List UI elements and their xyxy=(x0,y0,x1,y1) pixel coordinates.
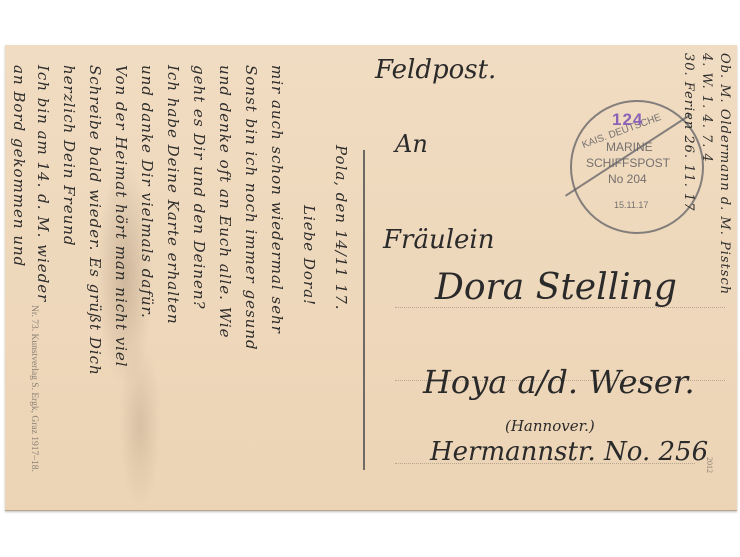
publisher-imprint: Nr. 73. Kunstverlag S. Ergk, Graz 1917–1… xyxy=(29,305,39,472)
message-dateline: Pola, den 14/11 17. xyxy=(333,145,348,311)
recipient-name: Dora Stelling xyxy=(435,267,677,308)
stamp-purple-number: 124 xyxy=(612,110,643,130)
sender-note-line: Ob. M. Oldermann d. M. Pistsch xyxy=(717,53,732,295)
to-label: An xyxy=(395,130,428,158)
message-line: mir auch schon wiedermal sehr xyxy=(269,65,284,334)
recipient-salutation: Fräulein xyxy=(383,225,494,255)
message-line: an Bord gekommen und xyxy=(11,65,26,267)
recipient-street: Hermannstr. No. 256 xyxy=(430,437,708,467)
message-line: Schreibe bald wieder. Es grüßt Dich xyxy=(87,65,102,376)
message-line: Ich bin am 14. d. M. wieder xyxy=(35,65,50,302)
stamp-line: SCHIFFSPOST xyxy=(586,156,670,170)
message-line: und danke Dir vielmals dafür. xyxy=(139,65,154,319)
feldpost-header: Feldpost. xyxy=(375,55,496,85)
message-greeting: Liebe Dora! xyxy=(301,205,316,306)
sender-note-line: 4. W. 1. 4. 7. 4 xyxy=(699,53,714,163)
message-line: herzlich Dein Freund xyxy=(61,65,76,247)
message-line: und denke oft an Euch alle. Wie xyxy=(217,65,232,339)
stamp-line: No 204 xyxy=(608,172,647,186)
card-number: 2012 xyxy=(705,457,714,473)
recipient-city: Hoya a/d. Weser. xyxy=(423,363,695,401)
message-line: Sonst bin ich noch immer gesund xyxy=(243,65,258,351)
message-line: geht es Dir und den Deinen? xyxy=(191,65,206,310)
message-line: Ich habe Deine Karte erhalten xyxy=(165,65,180,325)
message-line: Von der Heimat hört man nicht viel xyxy=(113,65,128,368)
divider-line xyxy=(363,150,365,470)
postcard: Pola, den 14/11 17. Liebe Dora! mir auch… xyxy=(5,45,737,511)
recipient-region: (Hannover.) xyxy=(505,417,595,435)
stamp-date: 15.11.17 xyxy=(614,200,648,210)
sender-note-line: 30. Ferien 26. 11. 17 xyxy=(681,53,696,212)
address-line-1 xyxy=(395,307,725,308)
